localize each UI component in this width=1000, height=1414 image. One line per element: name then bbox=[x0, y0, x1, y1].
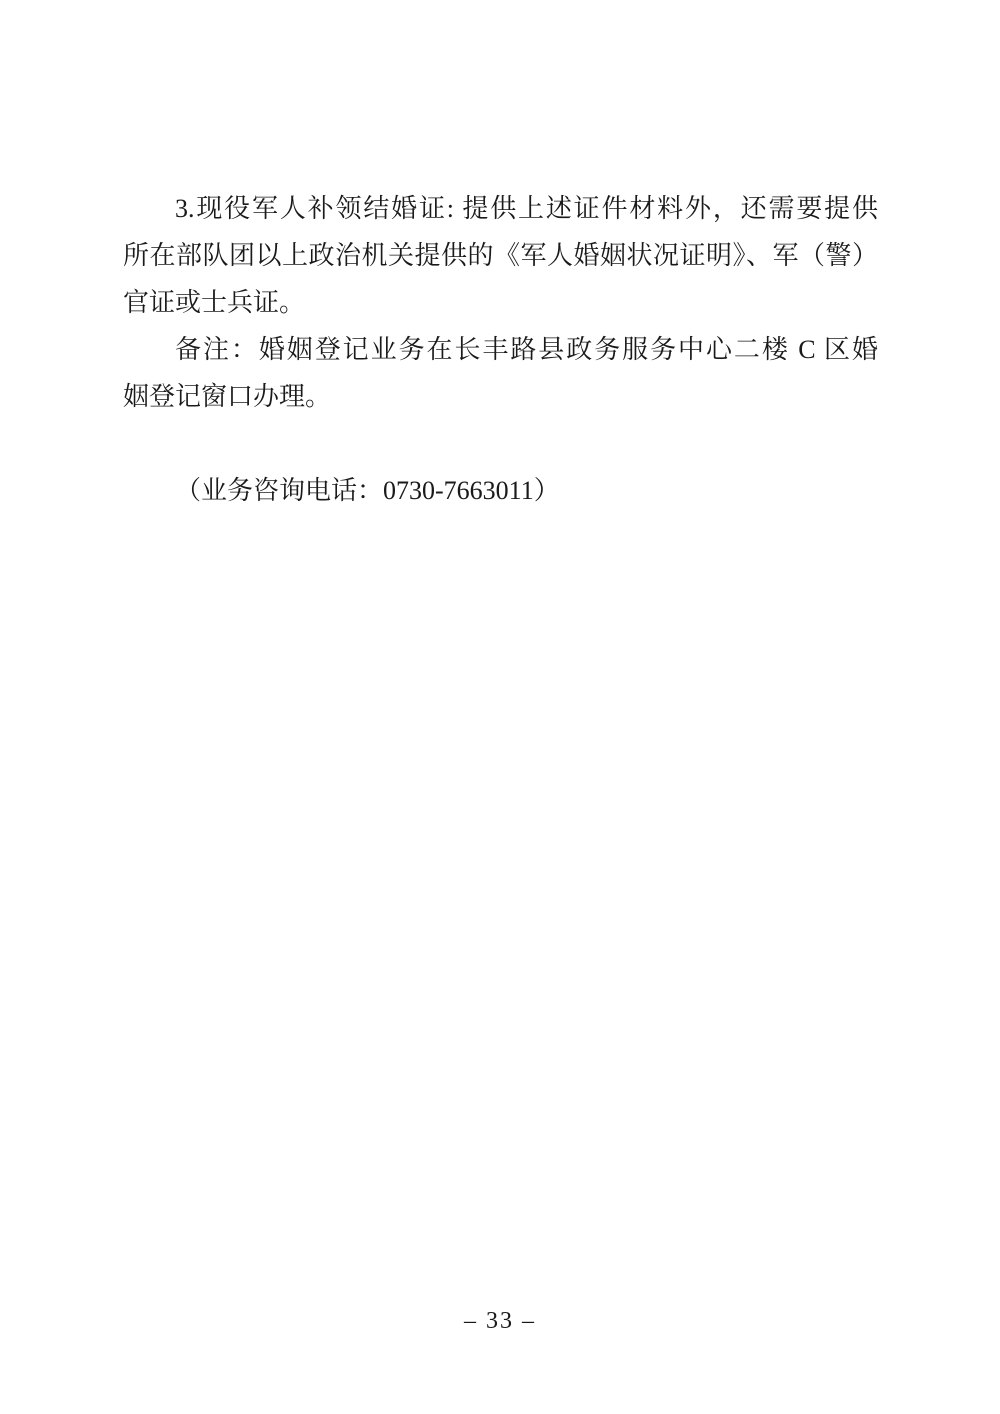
paragraph-2-line-2: 姻登记窗口办理。 bbox=[123, 373, 878, 420]
paragraph-2-line-1: 备注：婚姻登记业务在长丰路县政务服务中心二楼 C 区婚 bbox=[123, 326, 878, 373]
paragraph-1-line-1: 3.现役军人补领结婚证: 提供上述证件材料外，还需要提供 bbox=[123, 185, 878, 232]
paragraph-1-line-3: 官证或士兵证。 bbox=[123, 279, 878, 326]
paragraph-1-line-2: 所在部队团以上政治机关提供的《军人婚姻状况证明》、军（警） bbox=[123, 232, 878, 279]
document-body: 3.现役军人补领结婚证: 提供上述证件材料外，还需要提供 所在部队团以上政治机关… bbox=[123, 185, 878, 514]
document-page: 3.现役军人补领结婚证: 提供上述证件材料外，还需要提供 所在部队团以上政治机关… bbox=[0, 0, 1000, 1414]
page-number: – 33 – bbox=[0, 1308, 1000, 1335]
blank-line-spacer bbox=[123, 420, 878, 467]
contact-phone-line: （业务咨询电话：0730-7663011） bbox=[123, 467, 878, 514]
